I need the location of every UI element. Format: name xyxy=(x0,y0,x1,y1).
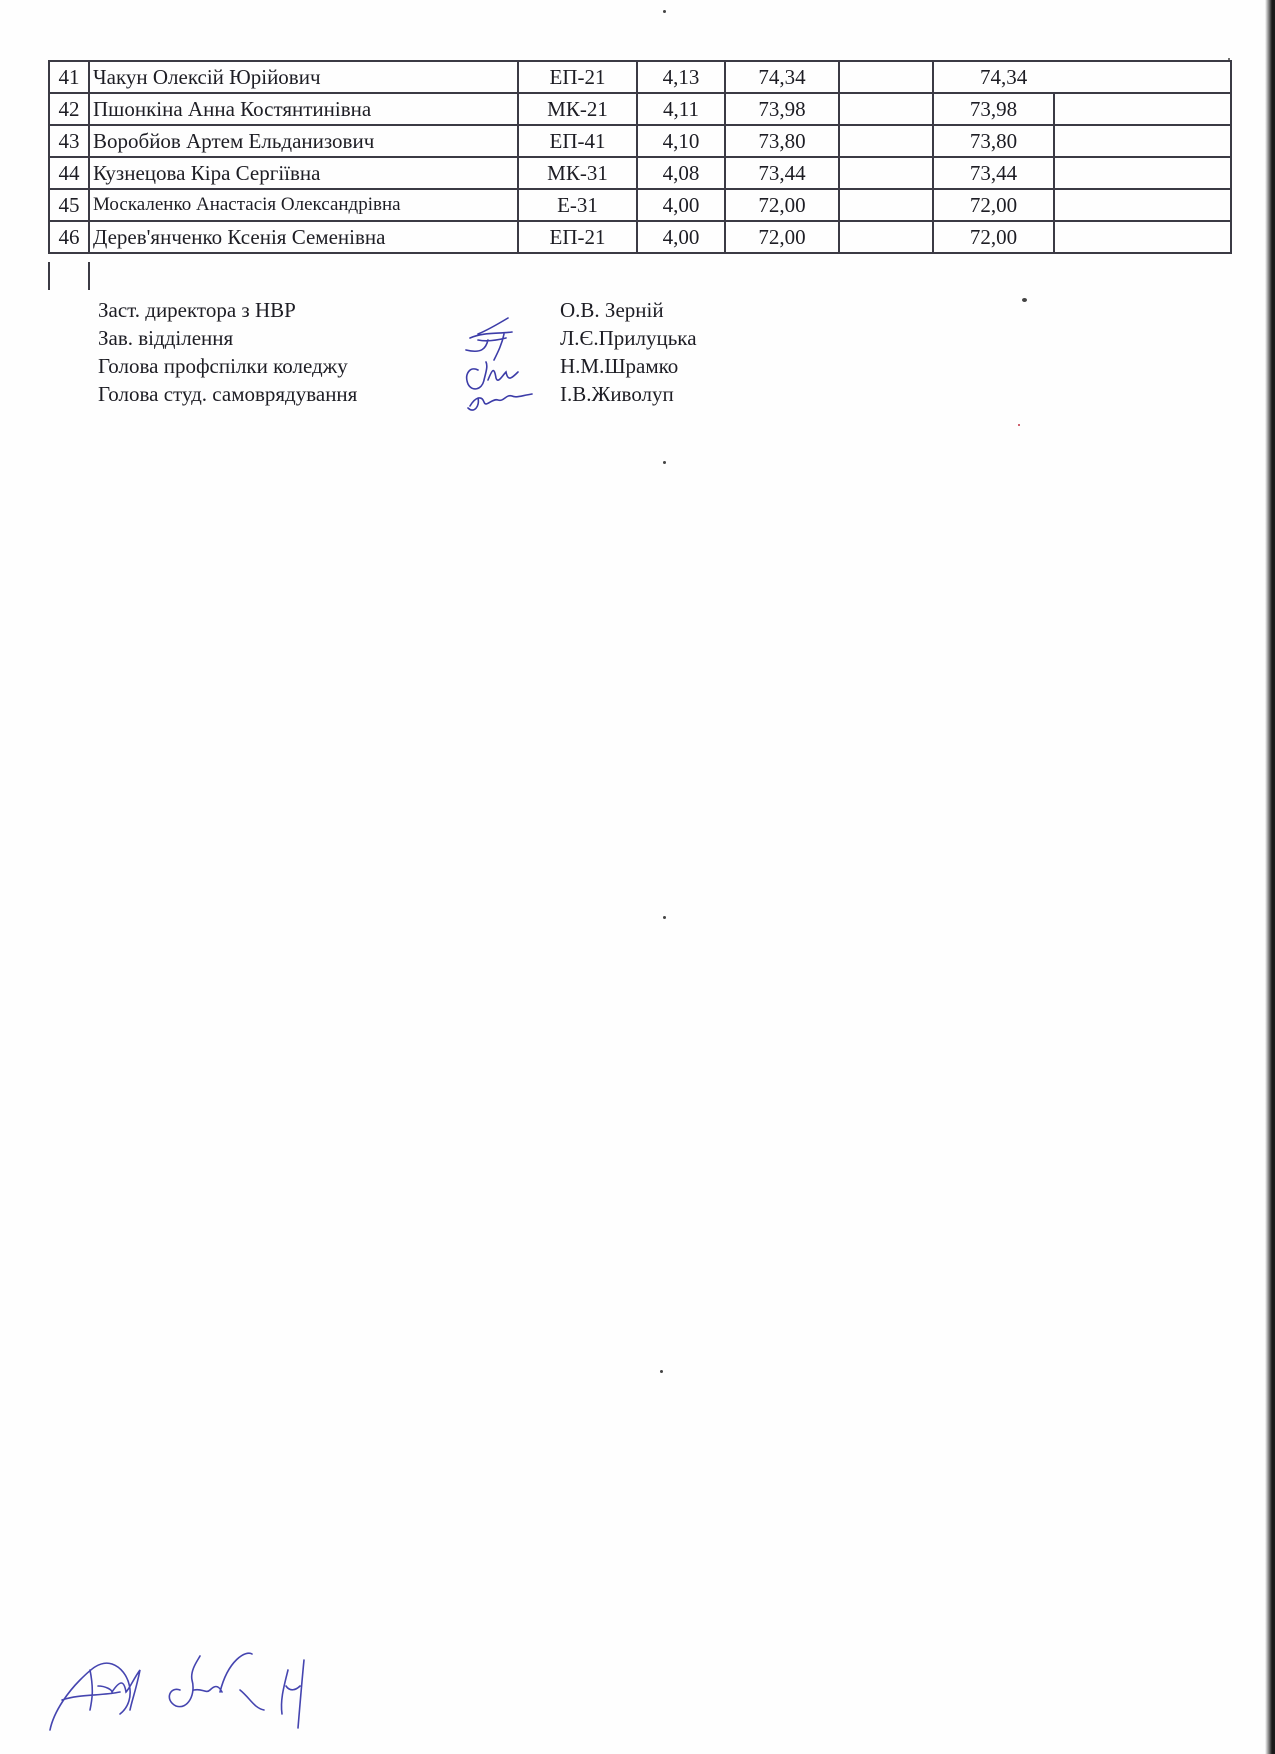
rating-score: 73,98 xyxy=(725,93,839,125)
note-cell xyxy=(1054,221,1231,253)
signatory-role: Голова студ. самоврядування xyxy=(98,380,357,408)
additional-points xyxy=(839,61,933,93)
signatory-role: Голова профспілки коледжу xyxy=(98,352,348,380)
student-group: ЕП-21 xyxy=(518,61,637,93)
student-group: ЕП-41 xyxy=(518,125,637,157)
average-grade: 4,08 xyxy=(637,157,725,189)
rating-score: 74,34 xyxy=(725,61,839,93)
scan-page-edge xyxy=(1265,0,1275,1754)
table-row: 42 Пшонкіна Анна Костянтинівна МК-21 4,1… xyxy=(49,93,1231,125)
total-score: 72,00 xyxy=(933,221,1054,253)
average-grade: 4,10 xyxy=(637,125,725,157)
row-number: 45 xyxy=(49,189,89,221)
student-group: Е-31 xyxy=(518,189,637,221)
note-cell xyxy=(1054,125,1231,157)
average-grade: 4,11 xyxy=(637,93,725,125)
scan-dot xyxy=(1022,298,1027,302)
signatory-role: Зав. відділення xyxy=(98,324,233,352)
handwritten-initials-icon xyxy=(40,1630,320,1740)
row-number: 44 xyxy=(49,157,89,189)
row-number: 43 xyxy=(49,125,89,157)
scan-dot xyxy=(663,10,666,13)
rating-score: 73,44 xyxy=(725,157,839,189)
table-row: 45 Москаленко Анастасія Олександрівна Е-… xyxy=(49,189,1231,221)
additional-points xyxy=(839,157,933,189)
scan-dot xyxy=(1228,58,1230,60)
additional-points xyxy=(839,125,933,157)
total-score: 73,80 xyxy=(933,125,1054,157)
scan-dot xyxy=(663,461,666,464)
additional-points xyxy=(839,93,933,125)
table-row: 41 Чакун Олексій Юрійович ЕП-21 4,13 74,… xyxy=(49,61,1231,93)
additional-points xyxy=(839,221,933,253)
table-row: 46 Дерев'янченко Ксенія Семенівна ЕП-21 … xyxy=(49,221,1231,253)
student-group: МК-21 xyxy=(518,93,637,125)
rating-score: 72,00 xyxy=(725,221,839,253)
average-grade: 4,13 xyxy=(637,61,725,93)
handwritten-signature-icon xyxy=(448,310,558,420)
signatory-name: Л.Є.Прилуцька xyxy=(560,324,697,352)
average-grade: 4,00 xyxy=(637,221,725,253)
student-name: Москаленко Анастасія Олександрівна xyxy=(89,189,518,221)
rating-score: 73,80 xyxy=(725,125,839,157)
row-number: 46 xyxy=(49,221,89,253)
note-cell xyxy=(1054,157,1231,189)
row-number: 42 xyxy=(49,93,89,125)
note-cell xyxy=(1054,93,1231,125)
student-name: Кузнецова Кіра Сергіївна xyxy=(89,157,518,189)
row-number: 41 xyxy=(49,61,89,93)
total-score: 74,34 xyxy=(933,61,1231,93)
signatory-name: О.В. Зерній xyxy=(560,296,664,324)
additional-points xyxy=(839,189,933,221)
signatory-name: І.В.Живолуп xyxy=(560,380,674,408)
scan-dot xyxy=(663,916,666,919)
table-row: 44 Кузнецова Кіра Сергіївна МК-31 4,08 7… xyxy=(49,157,1231,189)
rating-score: 72,00 xyxy=(725,189,839,221)
signatory-name: Н.М.Шрамко xyxy=(560,352,678,380)
average-grade: 4,00 xyxy=(637,189,725,221)
total-score: 72,00 xyxy=(933,189,1054,221)
student-group: ЕП-21 xyxy=(518,221,637,253)
student-name: Дерев'янченко Ксенія Семенівна xyxy=(89,221,518,253)
scanned-document-page: 41 Чакун Олексій Юрійович ЕП-21 4,13 74,… xyxy=(0,0,1275,1754)
total-score: 73,98 xyxy=(933,93,1054,125)
scan-dot xyxy=(660,1370,663,1373)
table-row: 43 Воробйов Артем Ельданизович ЕП-41 4,1… xyxy=(49,125,1231,157)
scan-dot xyxy=(1018,424,1020,426)
student-name: Воробйов Артем Ельданизович xyxy=(89,125,518,157)
empty-table-row-stub xyxy=(48,262,90,290)
student-name: Чакун Олексій Юрійович xyxy=(89,61,518,93)
note-cell xyxy=(1054,189,1231,221)
signatory-role: Заст. директора з НВР xyxy=(98,296,296,324)
student-rating-table: 41 Чакун Олексій Юрійович ЕП-21 4,13 74,… xyxy=(48,60,1232,254)
student-name: Пшонкіна Анна Костянтинівна xyxy=(89,93,518,125)
student-group: МК-31 xyxy=(518,157,637,189)
total-score: 73,44 xyxy=(933,157,1054,189)
